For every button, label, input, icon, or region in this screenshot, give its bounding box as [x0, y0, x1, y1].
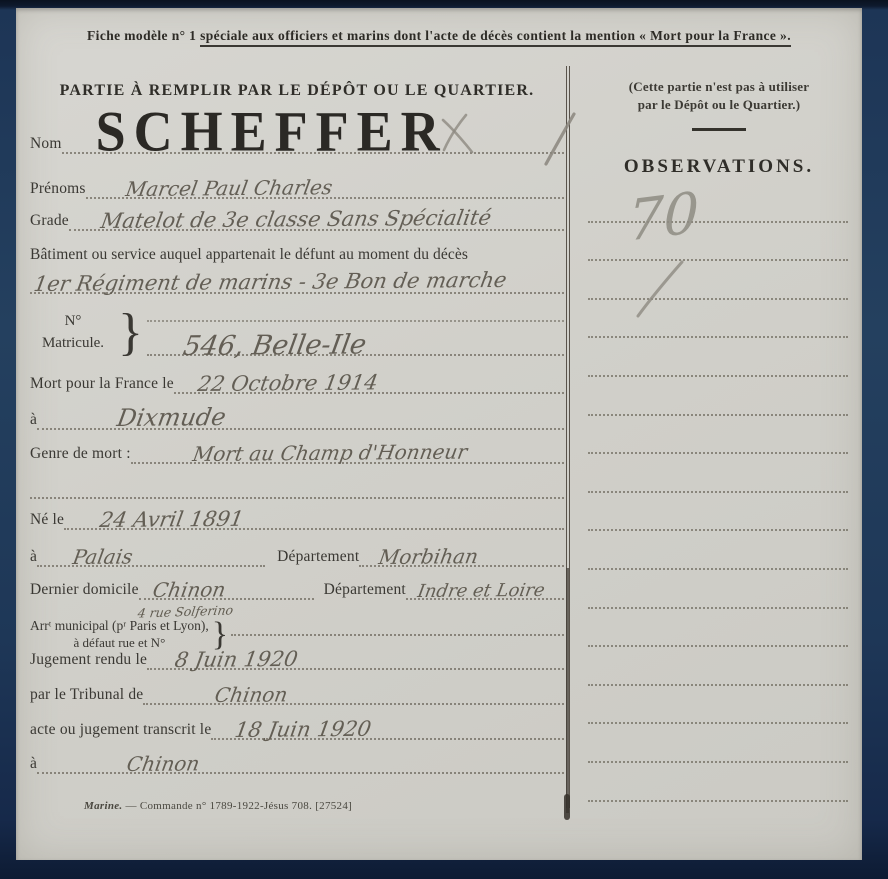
field-ne-dept-label: Département [265, 548, 359, 567]
pencil-slash-nom-line [540, 108, 580, 170]
field-jugement-label: Jugement rendu le [30, 651, 147, 670]
field-arr-line [231, 634, 564, 636]
field-ne-a: à Palais Département Morbihan [30, 539, 564, 567]
observations-ruled-line [588, 184, 848, 223]
matricule-brace-glyph: } [116, 310, 147, 357]
field-matricule-value: 546, Belle-Ile [181, 329, 369, 362]
field-domicile-value: Chinon [151, 577, 228, 602]
observations-note-line2: par le Dépôt ou le Quartier.) [638, 97, 801, 112]
printer-imprint: Marine. — Commande n° 1789-1922-Jésus 70… [84, 800, 352, 812]
field-mort-le-line: 22 Octobre 1914 [174, 392, 564, 394]
field-prenoms-line: Marcel Paul Charles [86, 197, 564, 199]
matricule-ruled-line-top [147, 320, 564, 322]
field-batiment-value: 1er Régiment de marins - 3e Bon de march… [32, 268, 509, 296]
field-tribunal-label: par le Tribunal de [30, 686, 143, 705]
field-ne-a-label: à [30, 548, 37, 567]
observations-ruled-line [588, 416, 848, 455]
form-title-lead: Fiche modèle n° 1 [87, 28, 200, 43]
field-genre-value: Mort au Champ d'Honneur [191, 440, 469, 466]
field-matricule-label: N° Matricule. [30, 311, 116, 355]
field-transcrit-line: 18 Juin 1920 [211, 738, 564, 740]
field-mort-le-value: 22 Octobre 1914 [196, 370, 380, 396]
observations-ruled-line [588, 261, 848, 300]
field-nom-label: Nom [30, 135, 62, 154]
column-divider-ink-blob [564, 794, 570, 820]
field-nom: Nom SCHEFFER [30, 102, 564, 154]
observations-ruled-line [588, 531, 848, 570]
field-genre-de-mort: Genre de mort : Mort au Champ d'Honneur [30, 436, 564, 464]
observations-ruled-line [588, 570, 848, 609]
observations-note-line1: (Cette partie n'est pas à utiliser [629, 79, 809, 94]
field-batiment-line: 1er Régiment de marins - 3e Bon de march… [30, 292, 564, 294]
field-grade: Grade Matelot de 3e classe Sans Spéciali… [30, 202, 564, 231]
printer-imprint-order: — Commande n° 1789-1922-Jésus 708. [122, 800, 312, 812]
field-dom-dept-value: Indre et Loire [416, 580, 546, 602]
field-nom-line: SCHEFFER [62, 152, 564, 154]
field-tribunal-line: Chinon [143, 703, 564, 705]
field-ne-le-label: Né le [30, 511, 64, 530]
field-transcrit-a: à Chinon [30, 746, 564, 774]
observations-column: (Cette partie n'est pas à utiliser par l… [582, 8, 856, 860]
field-mort-a-label: à [30, 411, 37, 430]
field-ne-dept-line: Morbihan [359, 565, 564, 567]
field-ne-le-value: 24 Avril 1891 [98, 507, 245, 532]
field-mort-a-line: Dixmude [37, 428, 564, 430]
observations-ruled-line [588, 300, 848, 339]
observations-ruled-line [588, 609, 848, 648]
observations-ruled-line [588, 647, 848, 686]
observations-ruled-line [588, 377, 848, 416]
field-transcrit-a-value: Chinon [125, 751, 202, 776]
field-mort-le: Mort pour la France le 22 Octobre 1914 [30, 366, 564, 394]
pencil-annotation-number: 70 [628, 185, 700, 250]
printer-imprint-marine: Marine. [84, 800, 122, 812]
pencil-slash-observations [632, 256, 690, 322]
field-dom-dept-line: Indre et Loire [406, 598, 564, 600]
field-ne-le-line: 24 Avril 1891 [64, 528, 564, 530]
observations-ruled-line [588, 724, 848, 763]
observations-ruled-line [588, 763, 848, 802]
blank-ruled-line-fill [30, 497, 564, 499]
field-matricule-label-line1: N° [65, 313, 82, 329]
field-jugement: Jugement rendu le 8 Juin 1920 [30, 642, 564, 670]
column-divider-dark-segment [566, 568, 569, 813]
field-arr-label-line1: Arrᵗ municipal (pʳ Paris et Lyon), [30, 618, 209, 633]
left-section-header: PARTIE À REMPLIR PAR LE DÉPÔT OU LE QUAR… [30, 82, 564, 100]
observations-ruled-line [588, 454, 848, 493]
blank-ruled-line [30, 471, 564, 499]
field-prenoms: Prénoms Marcel Paul Charles [30, 170, 564, 199]
field-prenoms-label: Prénoms [30, 180, 86, 199]
pencil-x-mark [436, 112, 478, 156]
field-matricule-label-line2: Matricule. [42, 335, 104, 351]
field-matricule: N° Matricule. } 546, Belle-Ile [30, 308, 564, 358]
observations-note: (Cette partie n'est pas à utiliser par l… [592, 78, 846, 114]
field-batiment-label: Bâtiment ou service auquel appartenait l… [30, 246, 570, 264]
field-domicile: Dernier domicile Chinon Département Indr… [30, 572, 564, 600]
field-dom-dept-label: Département [314, 581, 406, 600]
field-transcrit-a-line: Chinon [37, 772, 564, 774]
field-nom-value: SCHEFFER [96, 103, 448, 160]
field-grade-label: Grade [30, 212, 69, 231]
observations-rule [692, 128, 746, 131]
field-prenoms-value: Marcel Paul Charles [124, 175, 334, 201]
field-domicile-label: Dernier domicile [30, 581, 139, 600]
field-mort-a-value: Dixmude [115, 403, 228, 432]
field-ne-a-value: Palais [71, 544, 135, 569]
field-ne-dept-value: Morbihan [377, 544, 480, 569]
field-mort-le-label: Mort pour la France le [30, 375, 174, 394]
observations-ruled-lines [588, 184, 848, 802]
field-transcrit: acte ou jugement transcrit le 18 Juin 19… [30, 712, 564, 740]
observations-ruled-line [588, 493, 848, 532]
field-matricule-lines: 546, Belle-Ile [147, 308, 564, 358]
field-jugement-line: 8 Juin 1920 [147, 668, 564, 670]
field-ne-le: Né le 24 Avril 1891 [30, 502, 564, 530]
record-card: Fiche modèle n° 1 spéciale aux officiers… [16, 8, 862, 860]
observations-ruled-line [588, 686, 848, 725]
field-grade-value: Matelot de 3e classe Sans Spécialité [99, 206, 493, 233]
field-grade-line: Matelot de 3e classe Sans Spécialité [69, 229, 564, 231]
observations-title: OBSERVATIONS. [582, 156, 856, 178]
printer-imprint-ref: [27524] [312, 800, 352, 812]
field-tribunal-value: Chinon [213, 682, 290, 707]
field-genre-label: Genre de mort : [30, 445, 131, 464]
field-transcrit-value: 18 Juin 1920 [233, 717, 373, 742]
field-mort-a: à Dixmude [30, 402, 564, 430]
field-genre-line: Mort au Champ d'Honneur [131, 462, 564, 464]
field-batiment: 1er Régiment de marins - 3e Bon de march… [30, 266, 564, 294]
field-domicile-line: Chinon [139, 598, 314, 600]
field-tribunal: par le Tribunal de Chinon [30, 677, 564, 705]
field-transcrit-label: acte ou jugement transcrit le [30, 721, 211, 740]
field-transcrit-a-label: à [30, 755, 37, 774]
observations-ruled-line [588, 338, 848, 377]
field-ne-a-line: Palais [37, 565, 265, 567]
field-jugement-value: 8 Juin 1920 [173, 647, 300, 672]
